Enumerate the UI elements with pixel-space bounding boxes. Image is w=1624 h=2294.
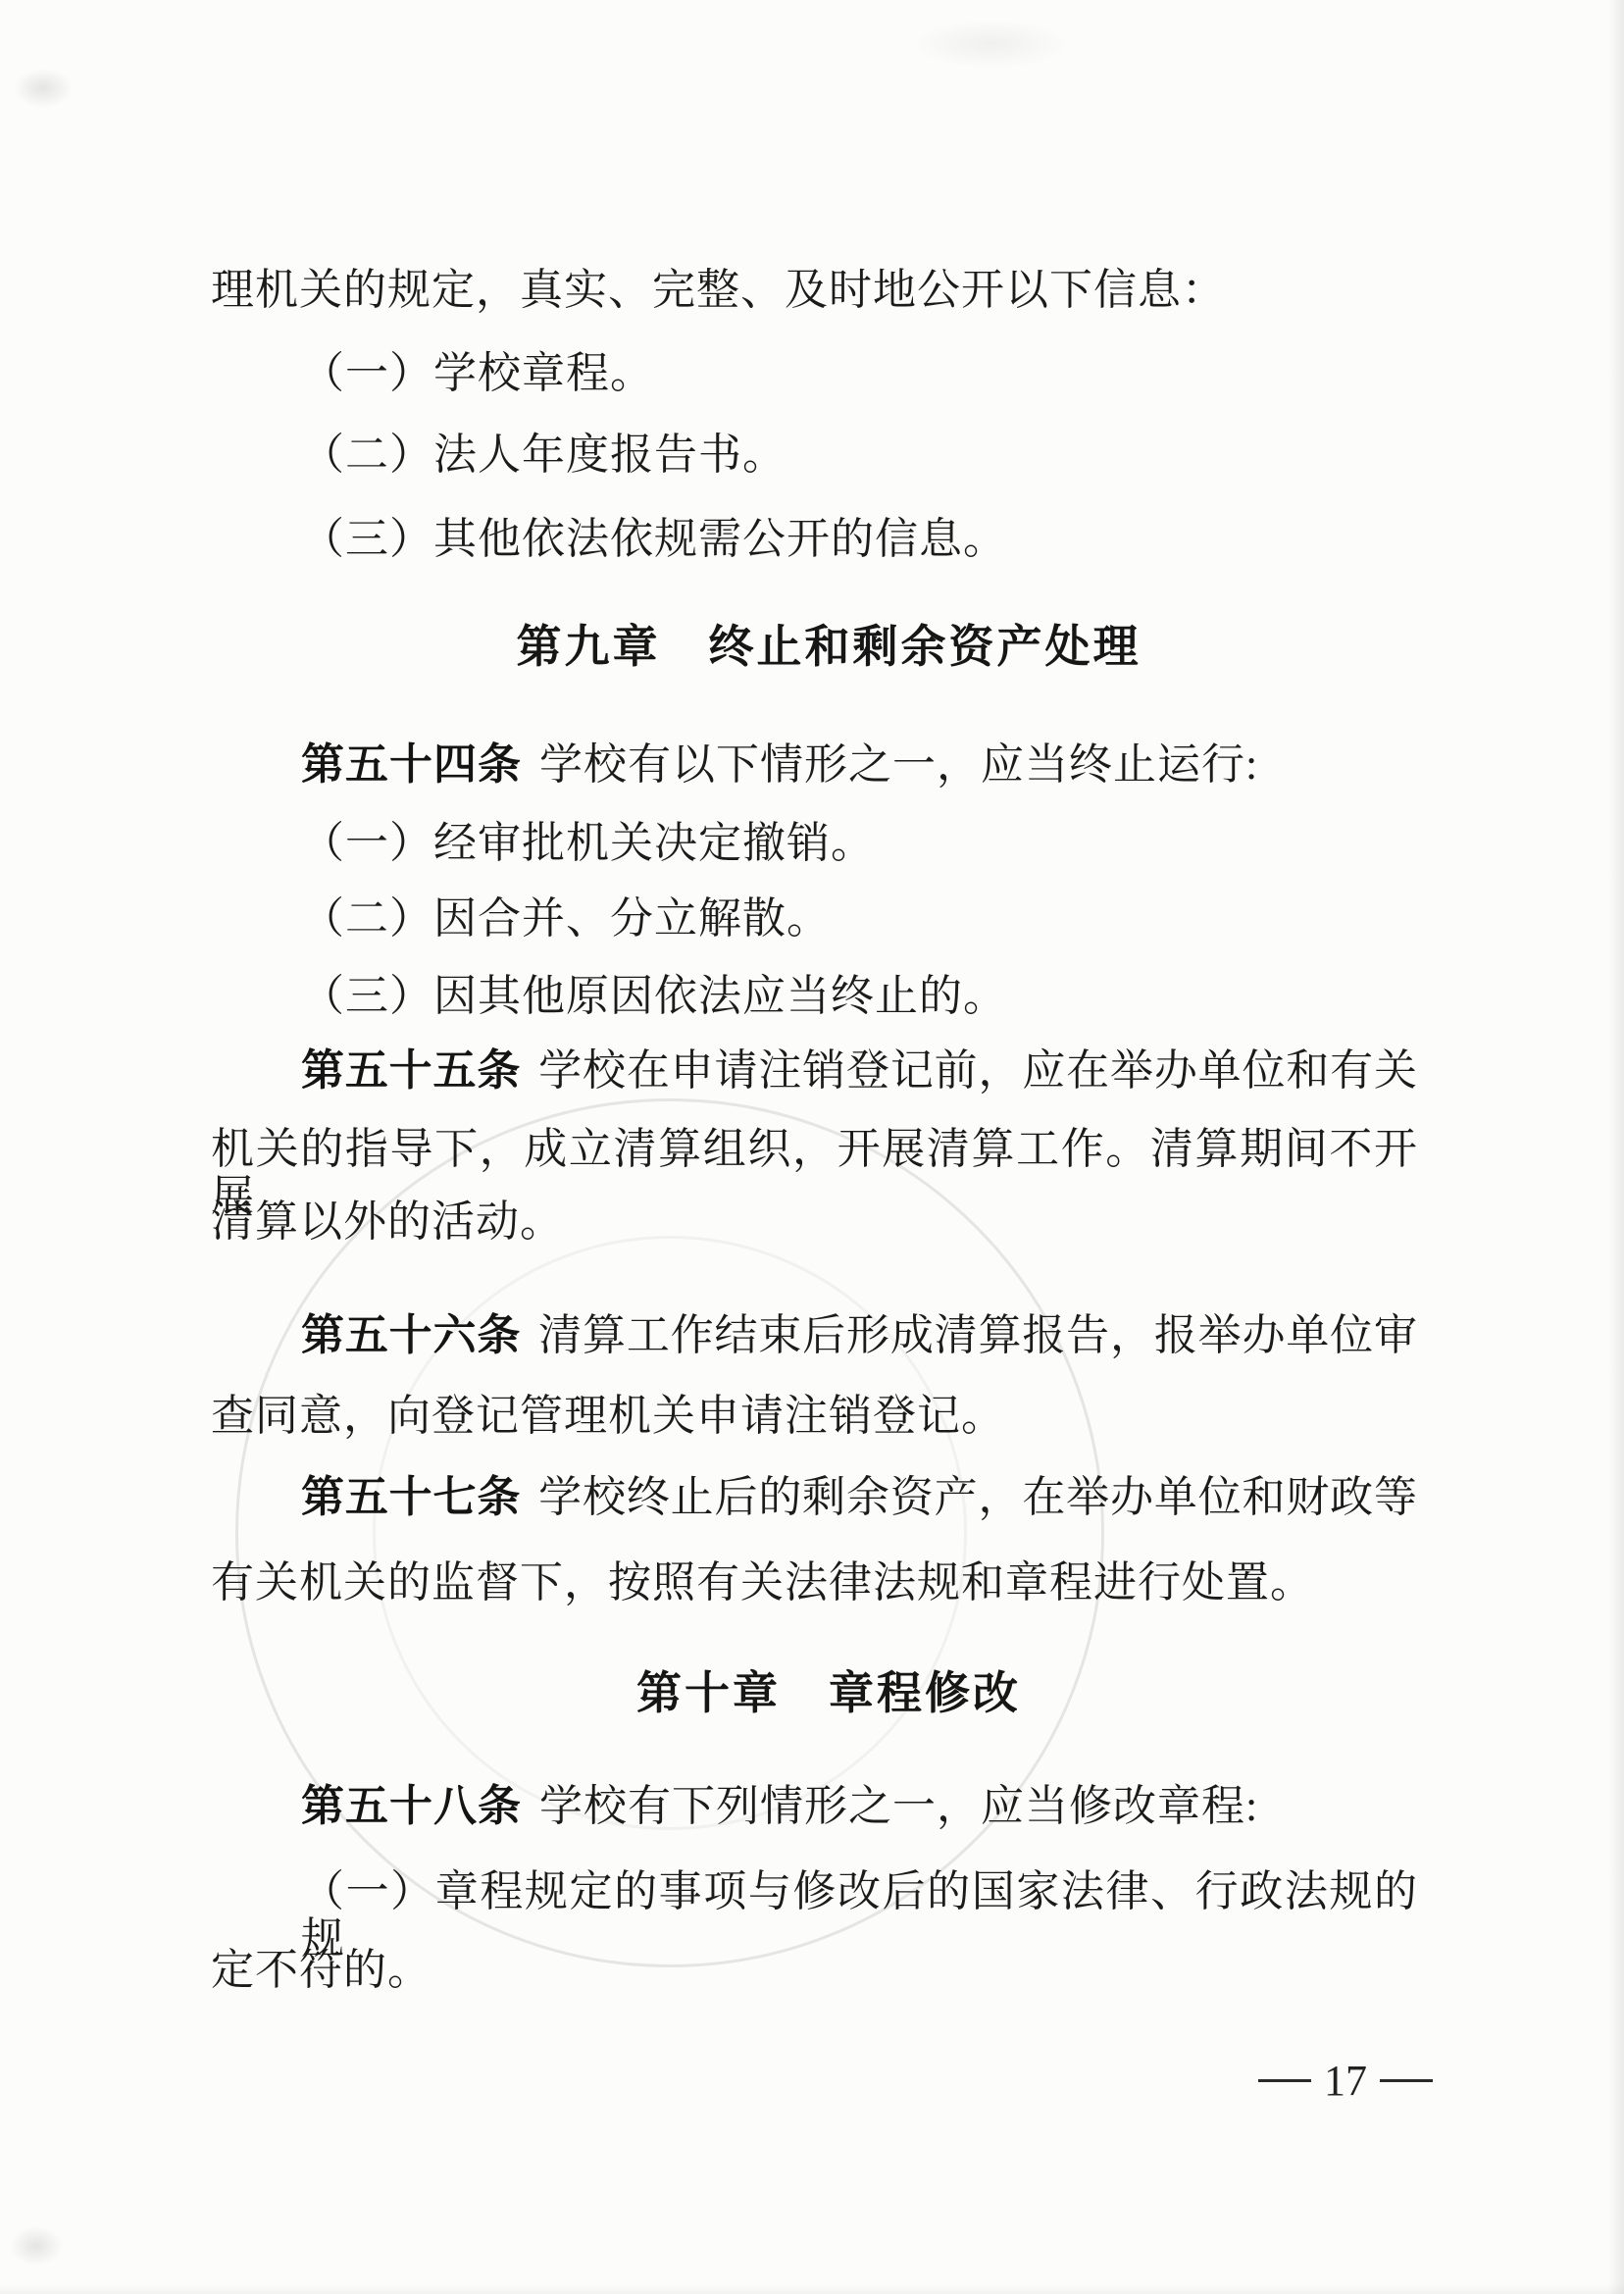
text-line: 清算以外的活动。 bbox=[211, 1198, 564, 1246]
article-number: 第五十六条 bbox=[301, 1311, 521, 1359]
article-text: 学校有以下情形之一，应当终止运行: bbox=[539, 740, 1258, 789]
scan-artifact bbox=[912, 20, 1069, 69]
page-number-dash-right bbox=[1380, 2079, 1433, 2082]
text-line: （三）其他依法依规需公开的信息。 bbox=[301, 516, 1007, 563]
chapter-heading: 第九章 终止和剩余资产处理 bbox=[211, 623, 1446, 672]
scan-artifact bbox=[14, 69, 73, 108]
document-page: 理机关的规定，真实、完整、及时地公开以下信息：（一）学校章程。（二）法人年度报告… bbox=[0, 0, 1624, 2294]
text-line: （一）学校章程。 bbox=[301, 350, 654, 397]
article-text: 学校有下列情形之一，应当修改章程: bbox=[539, 1782, 1258, 1830]
text-line: （二）因合并、分立解散。 bbox=[301, 895, 831, 943]
text-line: （三）因其他原因依法应当终止的。 bbox=[301, 973, 1007, 1020]
scan-edge-shadow bbox=[1608, 0, 1624, 2294]
text-line: （二）法人年度报告书。 bbox=[301, 432, 787, 479]
article-line: 第五十六条清算工作结束后形成清算报告，报举办单位审 bbox=[301, 1312, 1417, 1359]
article-number: 第五十五条 bbox=[301, 1046, 521, 1095]
text-line: 定不符的。 bbox=[211, 1947, 431, 1994]
chapter-heading: 第十章 章程修改 bbox=[211, 1669, 1446, 1718]
article-number: 第五十七条 bbox=[301, 1473, 521, 1521]
text-line: （一）经审批机关决定撤销。 bbox=[301, 820, 875, 867]
article-text: 清算工作结束后形成清算报告，报举办单位审 bbox=[538, 1311, 1417, 1359]
text-line: （一）章程规定的事项与修改后的国家法律、行政法规的规 bbox=[301, 1868, 1417, 1962]
article-line: 第五十四条学校有以下情形之一，应当终止运行: bbox=[301, 741, 1258, 789]
article-line: 第五十五条学校在申请注销登记前，应在举办单位和有关 bbox=[301, 1047, 1417, 1095]
scan-edge-shadow bbox=[0, 2284, 1624, 2294]
article-text: 学校终止后的剩余资产，在举办单位和财政等 bbox=[538, 1473, 1417, 1521]
page-number-dash-left bbox=[1258, 2079, 1311, 2082]
page-number: 17 bbox=[1258, 2056, 1433, 2106]
scan-artifact bbox=[10, 2226, 63, 2266]
text-line: 查同意，向登记管理机关申请注销登记。 bbox=[211, 1393, 1005, 1440]
page-number-value: 17 bbox=[1324, 2056, 1367, 2106]
article-line: 第五十八条学校有下列情形之一，应当修改章程: bbox=[301, 1783, 1258, 1830]
article-text: 学校在申请注销登记前，应在举办单位和有关 bbox=[538, 1046, 1417, 1095]
text-line: 有关机关的监督下，按照有关法律法规和章程进行处置。 bbox=[211, 1559, 1314, 1606]
text-line: 理机关的规定，真实、完整、及时地公开以下信息： bbox=[211, 267, 1226, 314]
article-number: 第五十四条 bbox=[301, 740, 522, 789]
article-number: 第五十八条 bbox=[301, 1782, 522, 1830]
article-line: 第五十七条学校终止后的剩余资产，在举办单位和财政等 bbox=[301, 1474, 1417, 1521]
